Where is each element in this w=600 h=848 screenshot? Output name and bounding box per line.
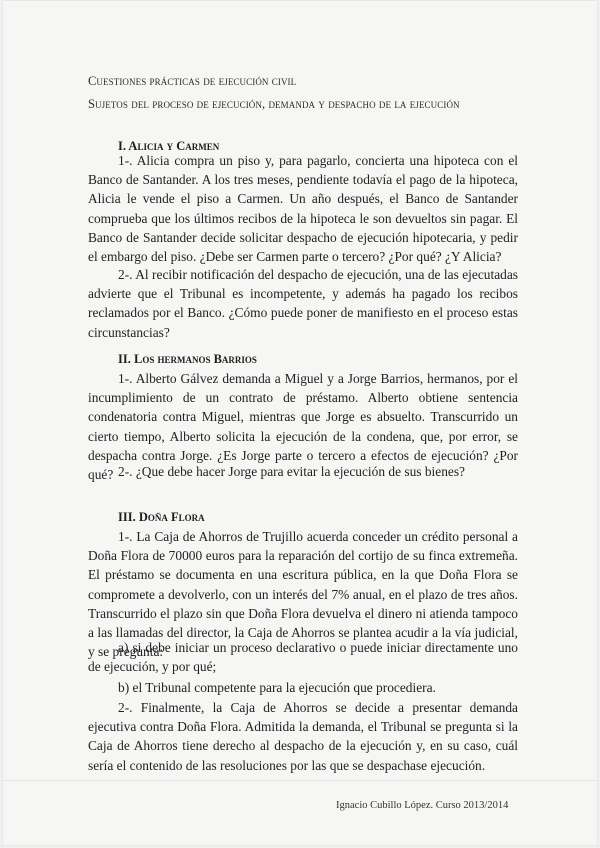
paragraph-question: 2-. Finalmente, la Caja de Ahorros se de…	[88, 698, 518, 775]
scan-artifact-line	[2, 780, 598, 781]
paragraph-question: 1-. Alicia compra un piso y, para pagarl…	[88, 151, 518, 266]
document-header-title: Cuestiones prácticas de ejecución civil	[88, 74, 296, 89]
section-title-dona-flora: III. Doña Flora	[118, 510, 205, 525]
document-header-subtitle: Sujetos del proceso de ejecución, demand…	[88, 97, 460, 112]
paragraph-question: 2-. ¿Que debe hacer Jorge para evitar la…	[88, 462, 518, 481]
document-page: Cuestiones prácticas de ejecución civil …	[2, 0, 598, 846]
section-title-los-hermanos-barrios: II. Los hermanos Barrios	[118, 352, 257, 367]
paragraph-subquestion-b: b) el Tribunal competente para la ejecuc…	[88, 678, 518, 697]
document-footer-author: Ignacio Cubillo López. Curso 2013/2014	[336, 800, 508, 811]
paragraph-question: 2-. Al recibir notificación del despacho…	[88, 265, 518, 342]
paragraph-subquestion-a: a) si debe iniciar un proceso declarativ…	[88, 638, 518, 676]
